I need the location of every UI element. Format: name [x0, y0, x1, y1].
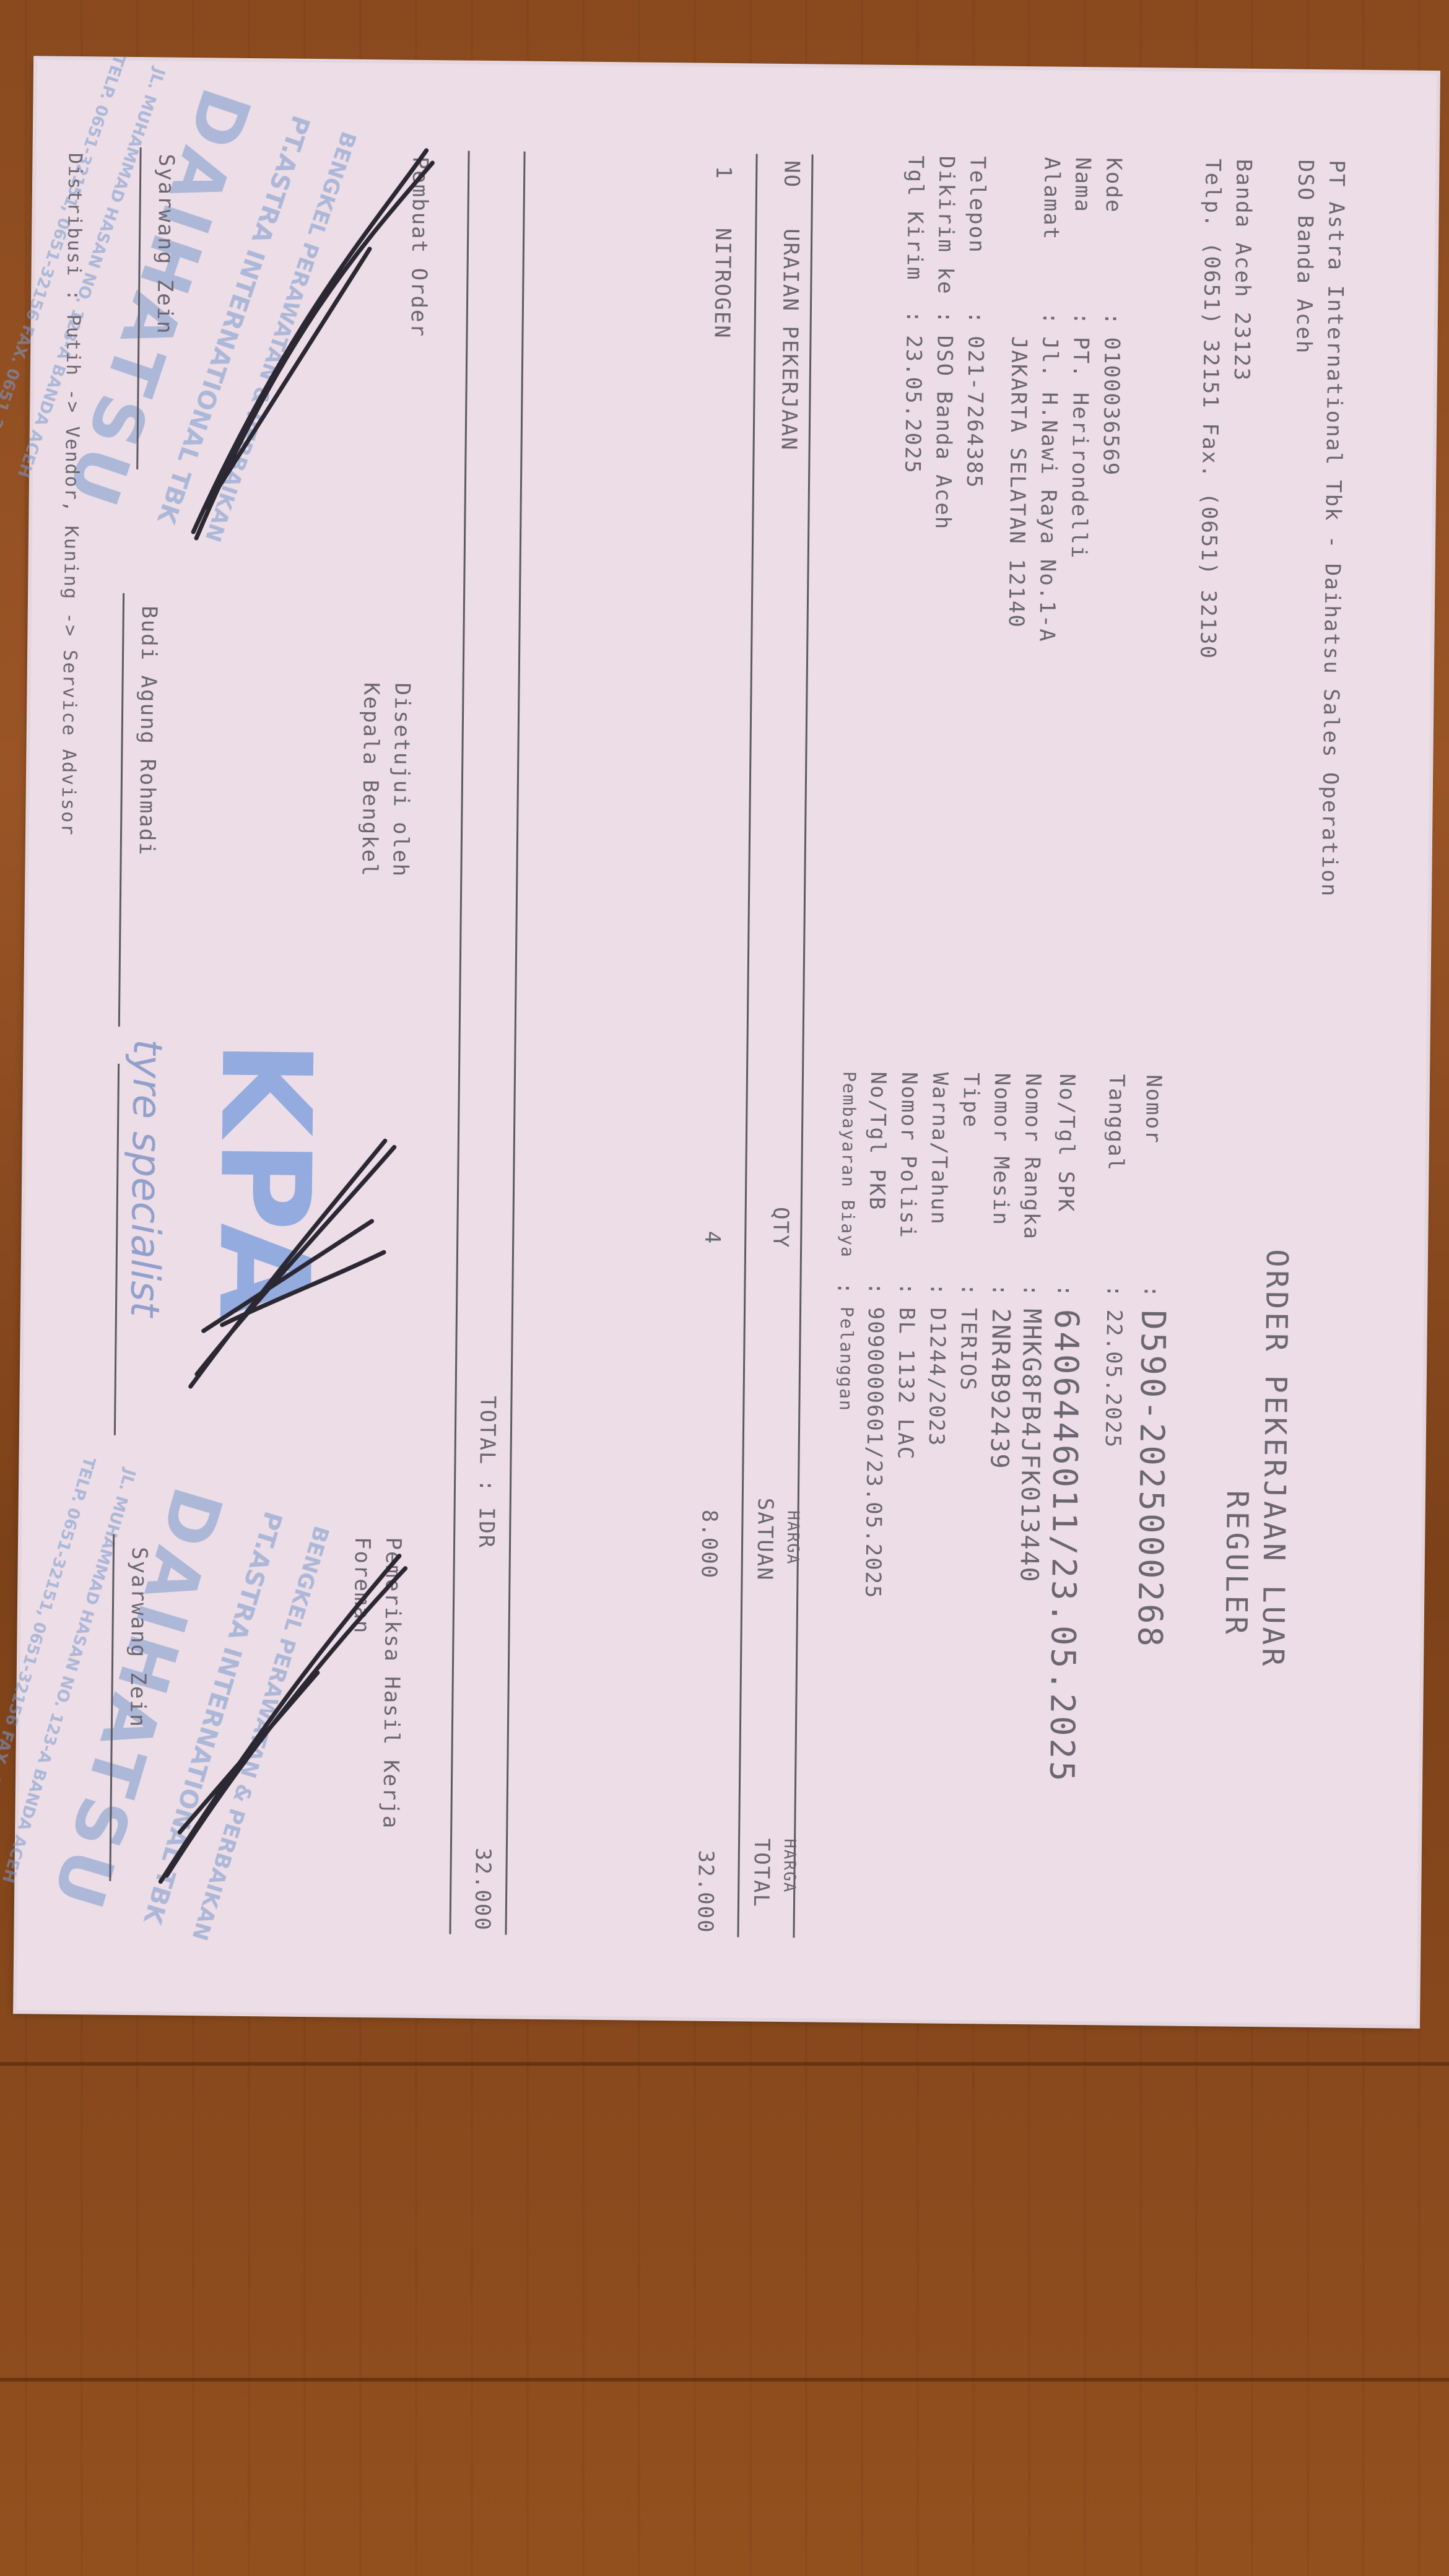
- total-value: 32.000: [470, 1848, 495, 1931]
- order-pembayaran: Pelanggan: [835, 1307, 857, 1412]
- vendor-telepon: 021-7264385: [962, 336, 988, 489]
- row-harga-total: 32.000: [692, 1850, 718, 1934]
- colon: :: [1069, 312, 1094, 326]
- vendor-kode: 0100036569: [1098, 337, 1124, 476]
- signature-disetujui-icon: [172, 1126, 410, 1401]
- order-tipe: TERIOS: [955, 1308, 981, 1391]
- label-no-tgl-pkb: No/Tgl PKB: [864, 1071, 890, 1211]
- table-header-rule: [737, 154, 757, 1937]
- order-nomor: D590-2025000268: [1130, 1310, 1173, 1649]
- vendor-script: tyre specialist: [121, 1039, 170, 1322]
- colon: :: [987, 1284, 1012, 1298]
- colon: :: [933, 310, 957, 324]
- order-warna-tahun: D1244/2023: [924, 1307, 950, 1447]
- order-no-tgl-spk: 6406446011/23.05.2025: [1042, 1309, 1086, 1784]
- vendor-alamat-2: JAKARTA SELATAN 12140: [1004, 336, 1032, 629]
- vendor-dikirim-ke: DSO Banda Aceh: [930, 335, 957, 530]
- company-branch: DSO Banda Aceh: [1291, 160, 1318, 355]
- label-telepon: Telepon: [964, 156, 990, 254]
- row-no: 1: [711, 166, 736, 180]
- colon: :: [902, 310, 926, 324]
- colon: :: [964, 311, 988, 325]
- label-nomor-rangka: Nomor Rangka: [1019, 1073, 1045, 1240]
- label-pembayaran: Pembayaran Biaya: [837, 1071, 859, 1258]
- header-harga-total-1: HARGA: [780, 1838, 799, 1894]
- signature-name-disetujui: Budi Agung Rohmadi: [134, 606, 162, 856]
- label-no-tgl-spk: No/Tgl SPK: [1053, 1074, 1079, 1213]
- colon: :: [925, 1282, 950, 1297]
- colon: :: [1038, 311, 1063, 326]
- signature-penerima-icon: [154, 1547, 418, 1897]
- row-harga-satuan: 8.000: [696, 1510, 721, 1580]
- company-city: Banda Aceh 23123: [1229, 159, 1256, 382]
- signature-label-disetujui: Disetujui oleh: [388, 682, 414, 877]
- label-nomor-polisi: Nomor Polisi: [895, 1072, 921, 1239]
- colon: :: [863, 1282, 888, 1296]
- label-tgl-kirim: Tgl Kirim: [902, 155, 928, 281]
- label-nomor: Nomor: [1141, 1074, 1166, 1144]
- vendor-nama: PT. Herirondelli: [1066, 337, 1094, 560]
- document-title: ORDER PEKERJAAN LUAR: [1255, 1249, 1294, 1669]
- total-rule: [449, 151, 469, 1934]
- colon: :: [1018, 1284, 1043, 1298]
- total-label: TOTAL : IDR: [474, 1396, 500, 1549]
- signature-name-pembuat: Syarwang Zein: [152, 154, 178, 335]
- label-alamat: Alamat: [1038, 157, 1064, 240]
- colon: :: [894, 1282, 919, 1297]
- order-nomor-polisi: BL 1132 LAC: [893, 1307, 920, 1461]
- signature-pembuat-icon: [181, 136, 445, 572]
- order-no-tgl-pkb: 9090000601/23.05.2025: [860, 1307, 888, 1599]
- document-subtitle: REGULER: [1219, 1490, 1255, 1637]
- paper-sheet: PT Astra International Tbk - Daihatsu Sa…: [17, 59, 1437, 2024]
- label-tipe: Tipe: [958, 1073, 983, 1128]
- signature-line-disetujui: [118, 593, 124, 1027]
- row-qty: 4: [700, 1231, 724, 1245]
- colon: :: [832, 1282, 857, 1296]
- header-harga-total-2: TOTAL: [749, 1838, 774, 1908]
- colon: :: [1100, 312, 1125, 326]
- company-name: PT Astra International Tbk - Daihatsu Sa…: [1316, 160, 1349, 897]
- colon: :: [1102, 1284, 1126, 1299]
- label-warna-tahun: Warna/Tahun: [926, 1072, 952, 1225]
- work-order-document: PT Astra International Tbk - Daihatsu Sa…: [17, 59, 1437, 2024]
- order-tanggal: 22.05.2025: [1100, 1309, 1126, 1448]
- order-nomor-rangka: MHKG8FB4JFK013440: [1014, 1308, 1046, 1583]
- company-phone: Telp. (0651) 32151 Fax. (0651) 32130: [1195, 159, 1225, 659]
- header-harga-satuan-1: HARGA: [783, 1510, 803, 1565]
- header-uraian: URAIAN PEKERJAAN: [777, 228, 804, 451]
- table-row: 1 NITROGEN 4 8.000 32.000: [1416, 74, 1437, 2025]
- header-qty: QTY: [768, 1207, 793, 1249]
- colon: :: [1052, 1284, 1077, 1299]
- signature-name-penerima: Syarwang Zein: [125, 1547, 152, 1728]
- table-plank-seam: [0, 2378, 1449, 2382]
- label-nomor-mesin: Nomor Mesin: [988, 1073, 1014, 1227]
- vendor-tgl-kirim: 23.05.2025: [900, 335, 926, 474]
- order-nomor-mesin: 2NR4B92439: [985, 1308, 1015, 1469]
- colon: :: [956, 1283, 981, 1297]
- label-dikirim-ke: Dikirim ke: [933, 156, 959, 295]
- colon: :: [1139, 1285, 1164, 1299]
- header-harga-satuan-2: SATUAN: [752, 1498, 777, 1582]
- signature-role-disetujui: Kepala Bengkel: [357, 682, 383, 877]
- table-bottom-rule: [505, 152, 525, 1935]
- label-tanggal: Tanggal: [1103, 1074, 1129, 1172]
- header-no: NO: [779, 160, 804, 188]
- vendor-alamat-1: Jl. H.Nawi Raya No.1-A: [1034, 336, 1062, 643]
- row-uraian: NITROGEN: [709, 228, 735, 339]
- table-plank-seam: [0, 2062, 1449, 2066]
- label-kode: Kode: [1101, 157, 1126, 213]
- label-nama: Nama: [1070, 157, 1095, 213]
